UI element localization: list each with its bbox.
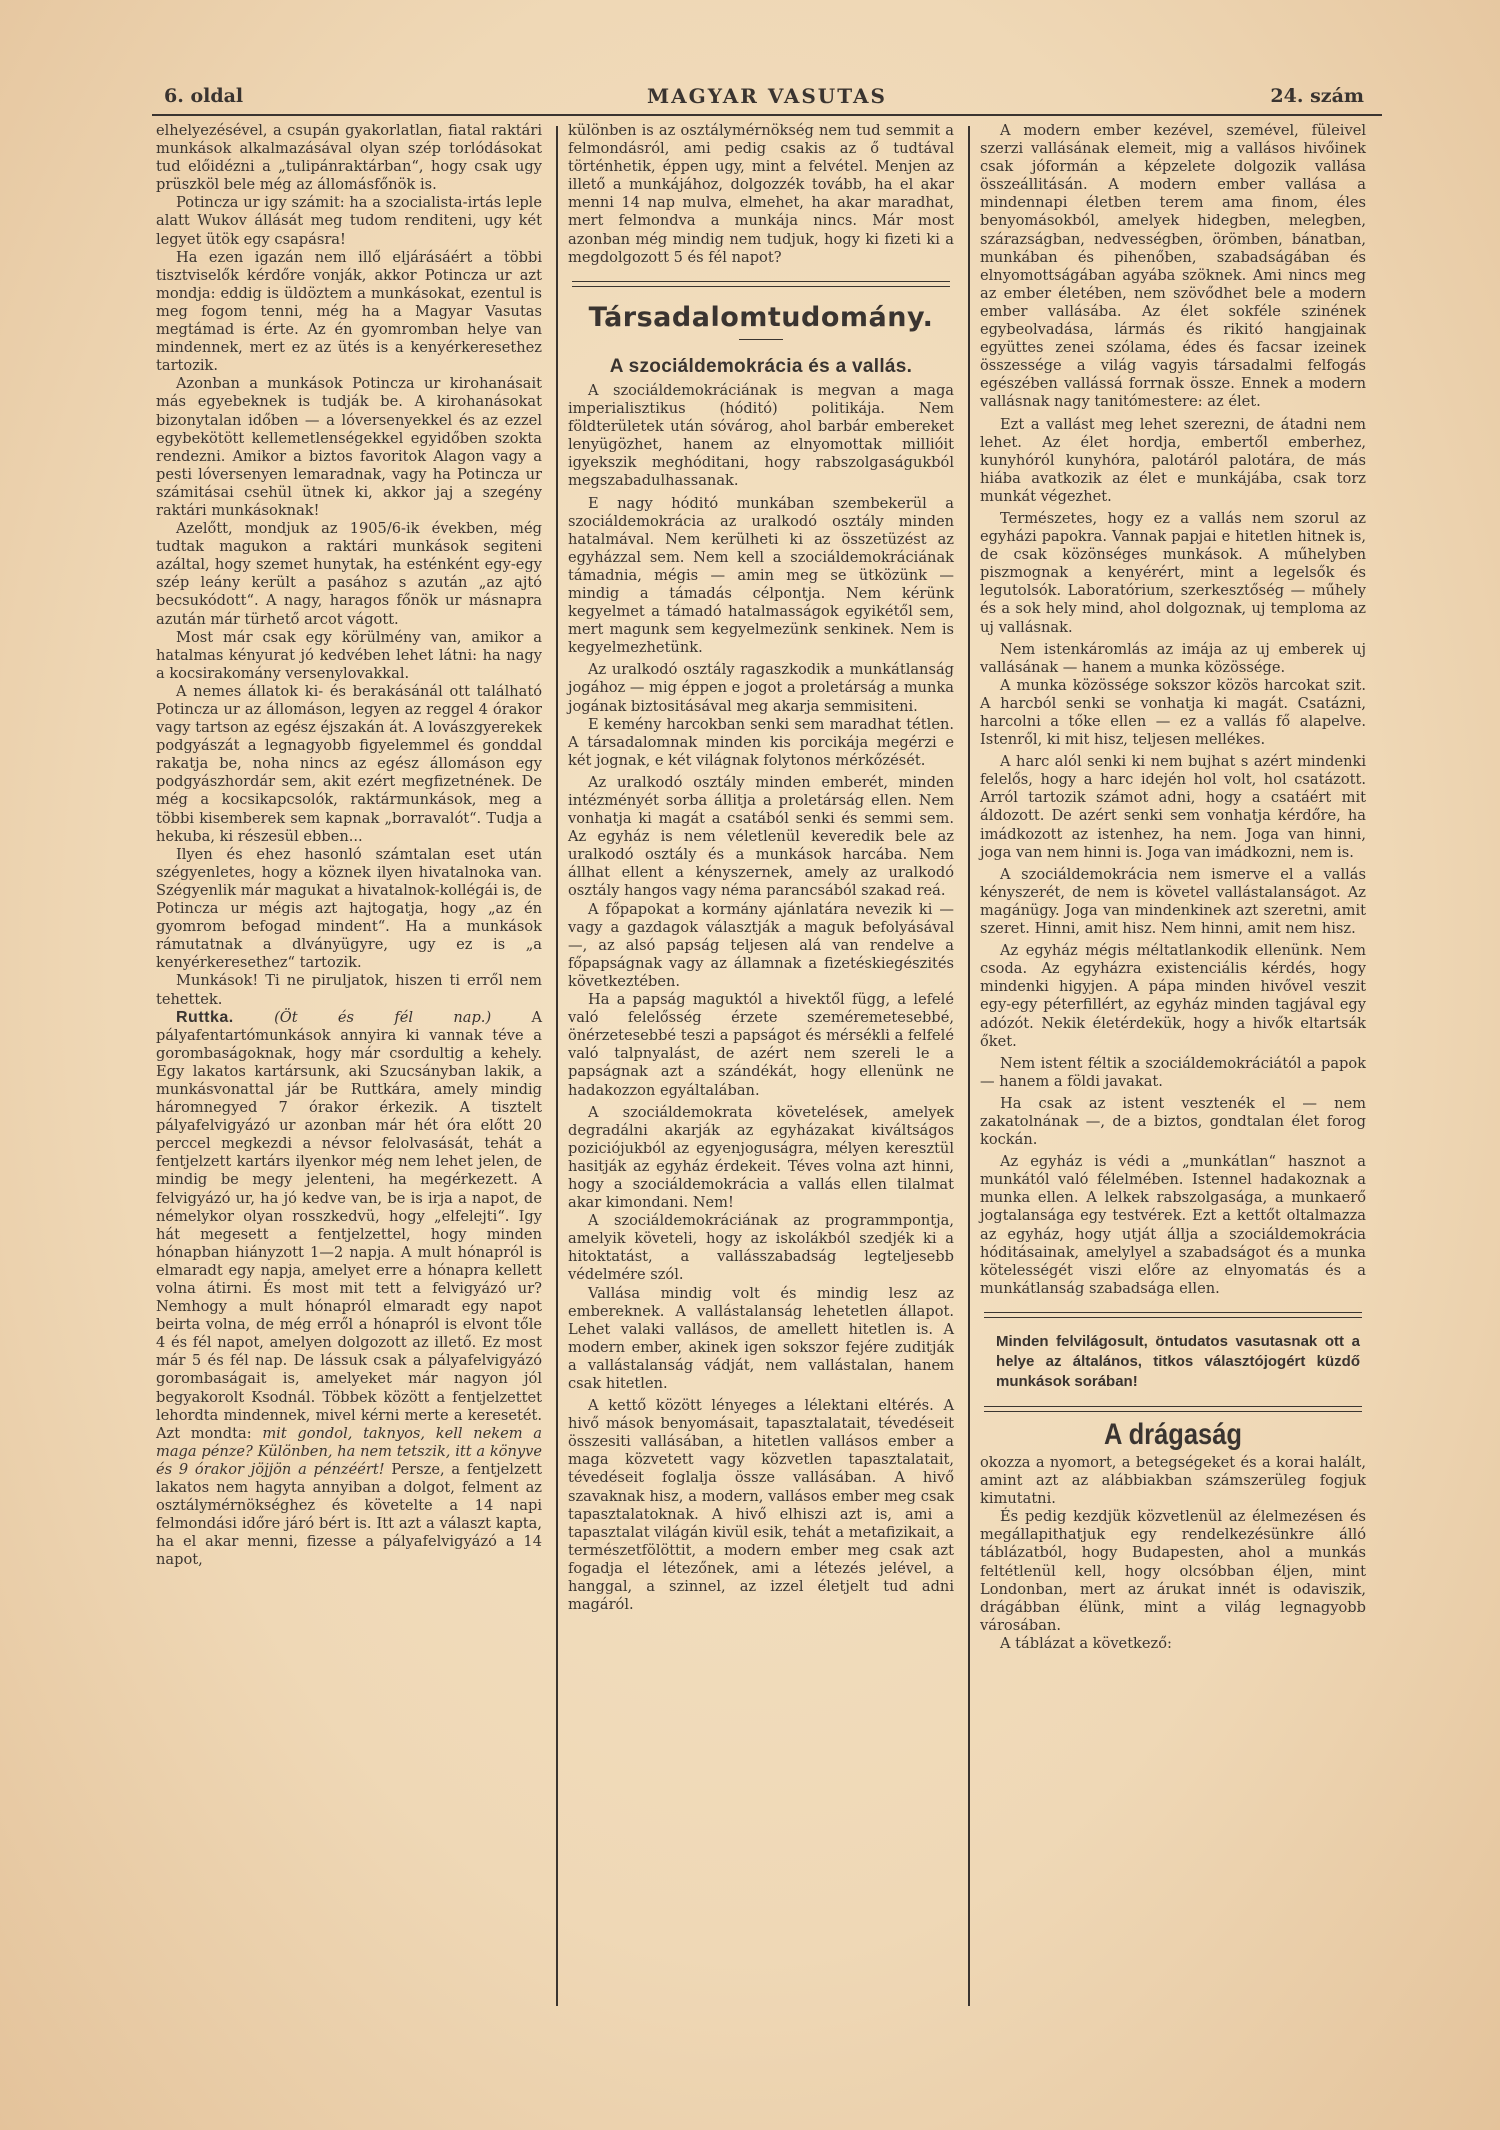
notice-rule-bottom	[984, 1406, 1362, 1412]
paragraph: Az egyház mégis méltatlankodik ellenünk.…	[980, 942, 1366, 1051]
issue-number: 24. szám	[1270, 85, 1364, 107]
section-rule	[572, 281, 950, 287]
paragraph: elhelyezésével, a csupán gyakorlatlan, f…	[156, 122, 542, 194]
paragraph: A harc alól senki ki nem bujhat s azért …	[980, 753, 1366, 862]
paragraph: Ha a papság maguktól a hivektől függ, a …	[568, 991, 954, 1100]
paragraph: Nem istent féltik a szociáldemokráciától…	[980, 1055, 1366, 1091]
ruttka-report: Ruttka. (Öt és fél nap.) A pályafentartó…	[156, 1009, 542, 1570]
report-subtitle: (Öt és fél nap.)	[274, 1009, 491, 1026]
paragraph: okozza a nyomort, a betegségeket és a ko…	[980, 1454, 1366, 1508]
paragraph: A szociáldemokráciának is megvan a maga …	[568, 382, 954, 491]
paragraph: Munkások! Ti ne piruljatok, hiszen ti er…	[156, 972, 542, 1008]
article-title: A szociáldemokrácia és a vallás.	[568, 358, 954, 376]
newspaper-page: 6. oldal MAGYAR VASUTAS 24. szám elhelye…	[152, 80, 1382, 2060]
masthead: MAGYAR VASUTAS	[152, 84, 1382, 108]
paragraph: Nem istenkáromlás az imája az uj emberek…	[980, 641, 1366, 677]
paragraph: Azelőtt, mondjuk az 1905/6-ik években, m…	[156, 520, 542, 629]
paragraph: Természetes, hogy ez a vallás nem szorul…	[980, 510, 1366, 637]
paragraph: Az uralkodó osztály ragaszkodik a munkát…	[568, 661, 954, 715]
column-divider	[968, 126, 970, 2006]
paragraph: A kettő között lényeges a lélektani elté…	[568, 1397, 954, 1614]
paragraph: Ha csak az istent vesztenék el — nem zak…	[980, 1095, 1366, 1149]
column-1: elhelyezésével, a csupán gyakorlatlan, f…	[156, 122, 542, 1570]
column-divider	[556, 126, 558, 2006]
report-text: A pályafentartómunkások annyira ki vanna…	[156, 1009, 542, 1442]
paragraph: E nagy hóditó munkában szembekerül a szo…	[568, 495, 954, 658]
paragraph: A nemes állatok ki- és berakásánál ott t…	[156, 683, 542, 846]
paragraph: Vallása mindig volt és mindig lesz az em…	[568, 1285, 954, 1394]
column-3: A modern ember kezével, szemével, füleiv…	[980, 122, 1366, 1653]
headline: A drágaság	[1009, 1426, 1337, 1444]
paragraph: Azonban a munkások Potincza ur kirohanás…	[156, 375, 542, 520]
paragraph: Az egyház is védi a „munkátlan“ hasznot …	[980, 1153, 1366, 1298]
paragraph: különben is az osztálymérnökség nem tud …	[568, 122, 954, 267]
paragraph: Ilyen és ehez hasonló számtalan eset utá…	[156, 846, 542, 973]
paragraph: Ezt a vallást meg lehet szerezni, de áta…	[980, 416, 1366, 506]
notice-box: Minden felvilágosult, öntudatos vasutasn…	[996, 1332, 1360, 1392]
paragraph: A munka közössége sokszor közös harcokat…	[980, 677, 1366, 749]
paragraph: Potincza ur igy számit: ha a szocialista…	[156, 194, 542, 248]
paragraph: A szociáldemokráciának az programmpontja…	[568, 1212, 954, 1284]
paragraph: A szociáldemokrata követelések, amelyek …	[568, 1104, 954, 1213]
paragraph: E kemény harcokban senki sem maradhat té…	[568, 716, 954, 770]
column-2: különben is az osztálymérnökség nem tud …	[568, 122, 954, 1614]
header-rule	[152, 114, 1382, 116]
runin-heading: Ruttka.	[176, 1009, 234, 1026]
paragraph: A főpapokat a kormány ajánlatára nevezik…	[568, 901, 954, 991]
paragraph: A táblázat a következő:	[980, 1635, 1366, 1653]
paragraph: Most már csak egy körülmény van, amikor …	[156, 629, 542, 683]
paragraph: És pedig kezdjük közvetlenül az élelmezé…	[980, 1508, 1366, 1635]
page-header: 6. oldal MAGYAR VASUTAS 24. szám	[152, 80, 1382, 114]
paragraph: Az uralkodó osztály minden emberét, mind…	[568, 774, 954, 901]
paragraph: A szociáldemokrácia nem ismerve el a val…	[980, 866, 1366, 938]
paragraph: Ha ezen igazán nem illő eljárásáért a tö…	[156, 249, 542, 376]
section-title: Társadalomtudomány.	[568, 309, 954, 327]
notice-rule-top	[984, 1312, 1362, 1318]
paragraph: A modern ember kezével, szemével, füleiv…	[980, 122, 1366, 412]
title-divider	[739, 339, 783, 340]
